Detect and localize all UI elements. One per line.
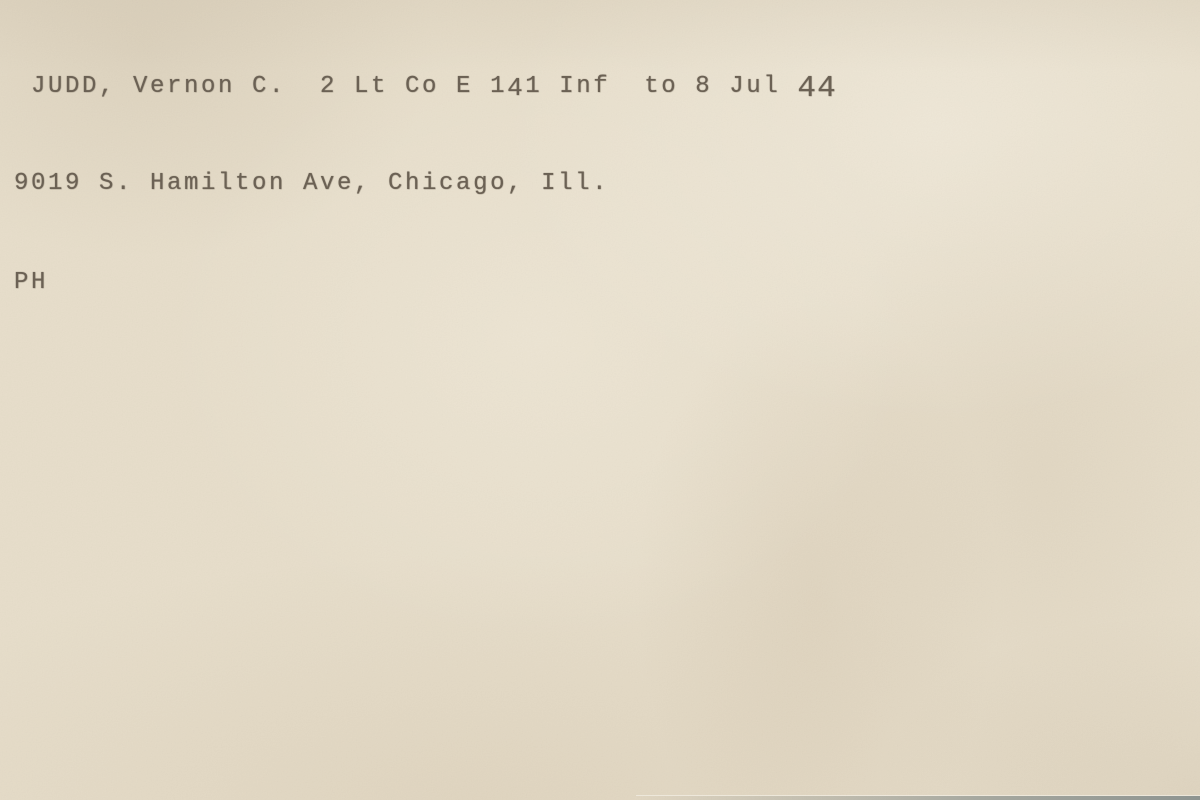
typed-text-block: JUDD, Vernon C. 2 Lt Co E 141 Inf to 8 J… xyxy=(14,2,837,365)
scan-edge-line xyxy=(636,796,1200,800)
index-card: JUDD, Vernon C. 2 Lt Co E 141 Inf to 8 J… xyxy=(0,0,1200,800)
typed-segment: 44 xyxy=(797,71,837,106)
typed-segment: 9019 S. Hamilton Ave, Chicago, Ill. xyxy=(14,170,609,197)
typed-segment: JUDD, Vernon C. 2 Lt Co E 1 xyxy=(14,73,507,100)
typed-segment: PH xyxy=(14,269,48,296)
typed-segment: 1 Inf to 8 Jul xyxy=(525,73,797,100)
record-line-address: 9019 S. Hamilton Ave, Chicago, Ill. xyxy=(14,167,837,200)
typed-segment: 4 xyxy=(507,73,525,103)
record-line-name-unit-date: JUDD, Vernon C. 2 Lt Co E 141 Inf to 8 J… xyxy=(14,68,837,101)
record-line-award: PH xyxy=(14,266,837,299)
